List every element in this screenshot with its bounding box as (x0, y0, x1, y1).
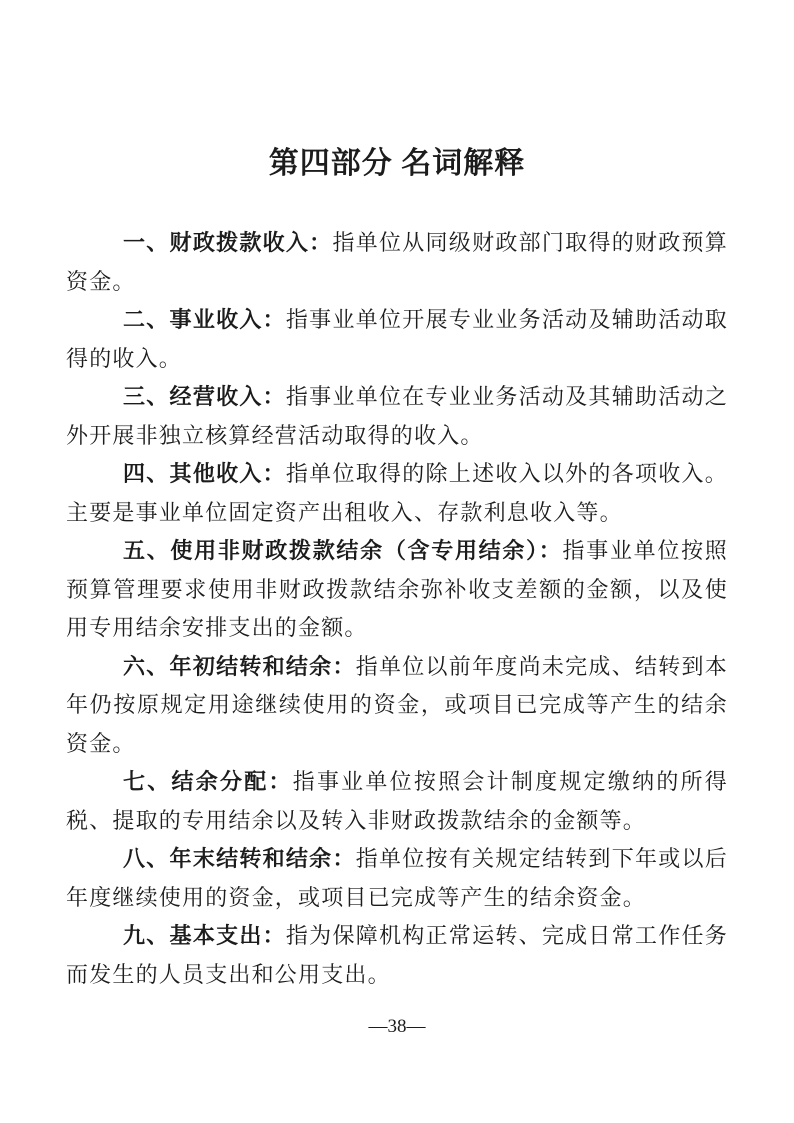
term-label: 三、经营收入： (123, 384, 286, 409)
term-label: 四、其他收入： (123, 461, 286, 486)
term-label: 七、结余分配： (123, 769, 293, 794)
term-label: 六、年初结转和结余： (123, 654, 356, 679)
term-paragraph: 三、经营收入：指事业单位在专业业务活动及其辅助活动之外开展非独立核算经营活动取得… (66, 378, 728, 455)
document-title: 第四部分 名词解释 (0, 142, 794, 186)
term-paragraph: 九、基本支出：指为保障机构正常运转、完成日常工作任务而发生的人员支出和公用支出。 (66, 917, 728, 994)
term-paragraph: 二、事业收入：指事业单位开展专业业务活动及辅助活动取得的收入。 (66, 301, 728, 378)
term-paragraph: 八、年末结转和结余：指单位按有关规定结转到下年或以后年度继续使用的资金，或项目已… (66, 840, 728, 917)
term-paragraph: 四、其他收入：指单位取得的除上述收入以外的各项收入。主要是事业单位固定资产出租收… (66, 455, 728, 532)
terms-section: 一、财政拨款收入：指单位从同级财政部门取得的财政预算资金。 二、事业收入：指事业… (66, 224, 728, 994)
term-paragraph: 六、年初结转和结余：指单位以前年度尚未完成、结转到本年仍按原规定用途继续使用的资… (66, 648, 728, 764)
term-label: 一、财政拨款收入： (123, 230, 332, 255)
term-label: 二、事业收入： (123, 307, 286, 332)
page-number: —38— (0, 1013, 794, 1041)
term-label: 五、使用非财政拨款结余（含专用结余）： (123, 538, 563, 563)
term-label: 九、基本支出： (123, 923, 286, 948)
term-label: 八、年末结转和结余： (123, 846, 356, 871)
term-paragraph: 七、结余分配：指事业单位按照会计制度规定缴纳的所得税、提取的专用结余以及转入非财… (66, 763, 728, 840)
term-paragraph: 五、使用非财政拨款结余（含专用结余）：指事业单位按照预算管理要求使用非财政拨款结… (66, 532, 728, 648)
term-paragraph: 一、财政拨款收入：指单位从同级财政部门取得的财政预算资金。 (66, 224, 728, 301)
document-page: 第四部分 名词解释 一、财政拨款收入：指单位从同级财政部门取得的财政预算资金。 … (0, 0, 794, 1123)
